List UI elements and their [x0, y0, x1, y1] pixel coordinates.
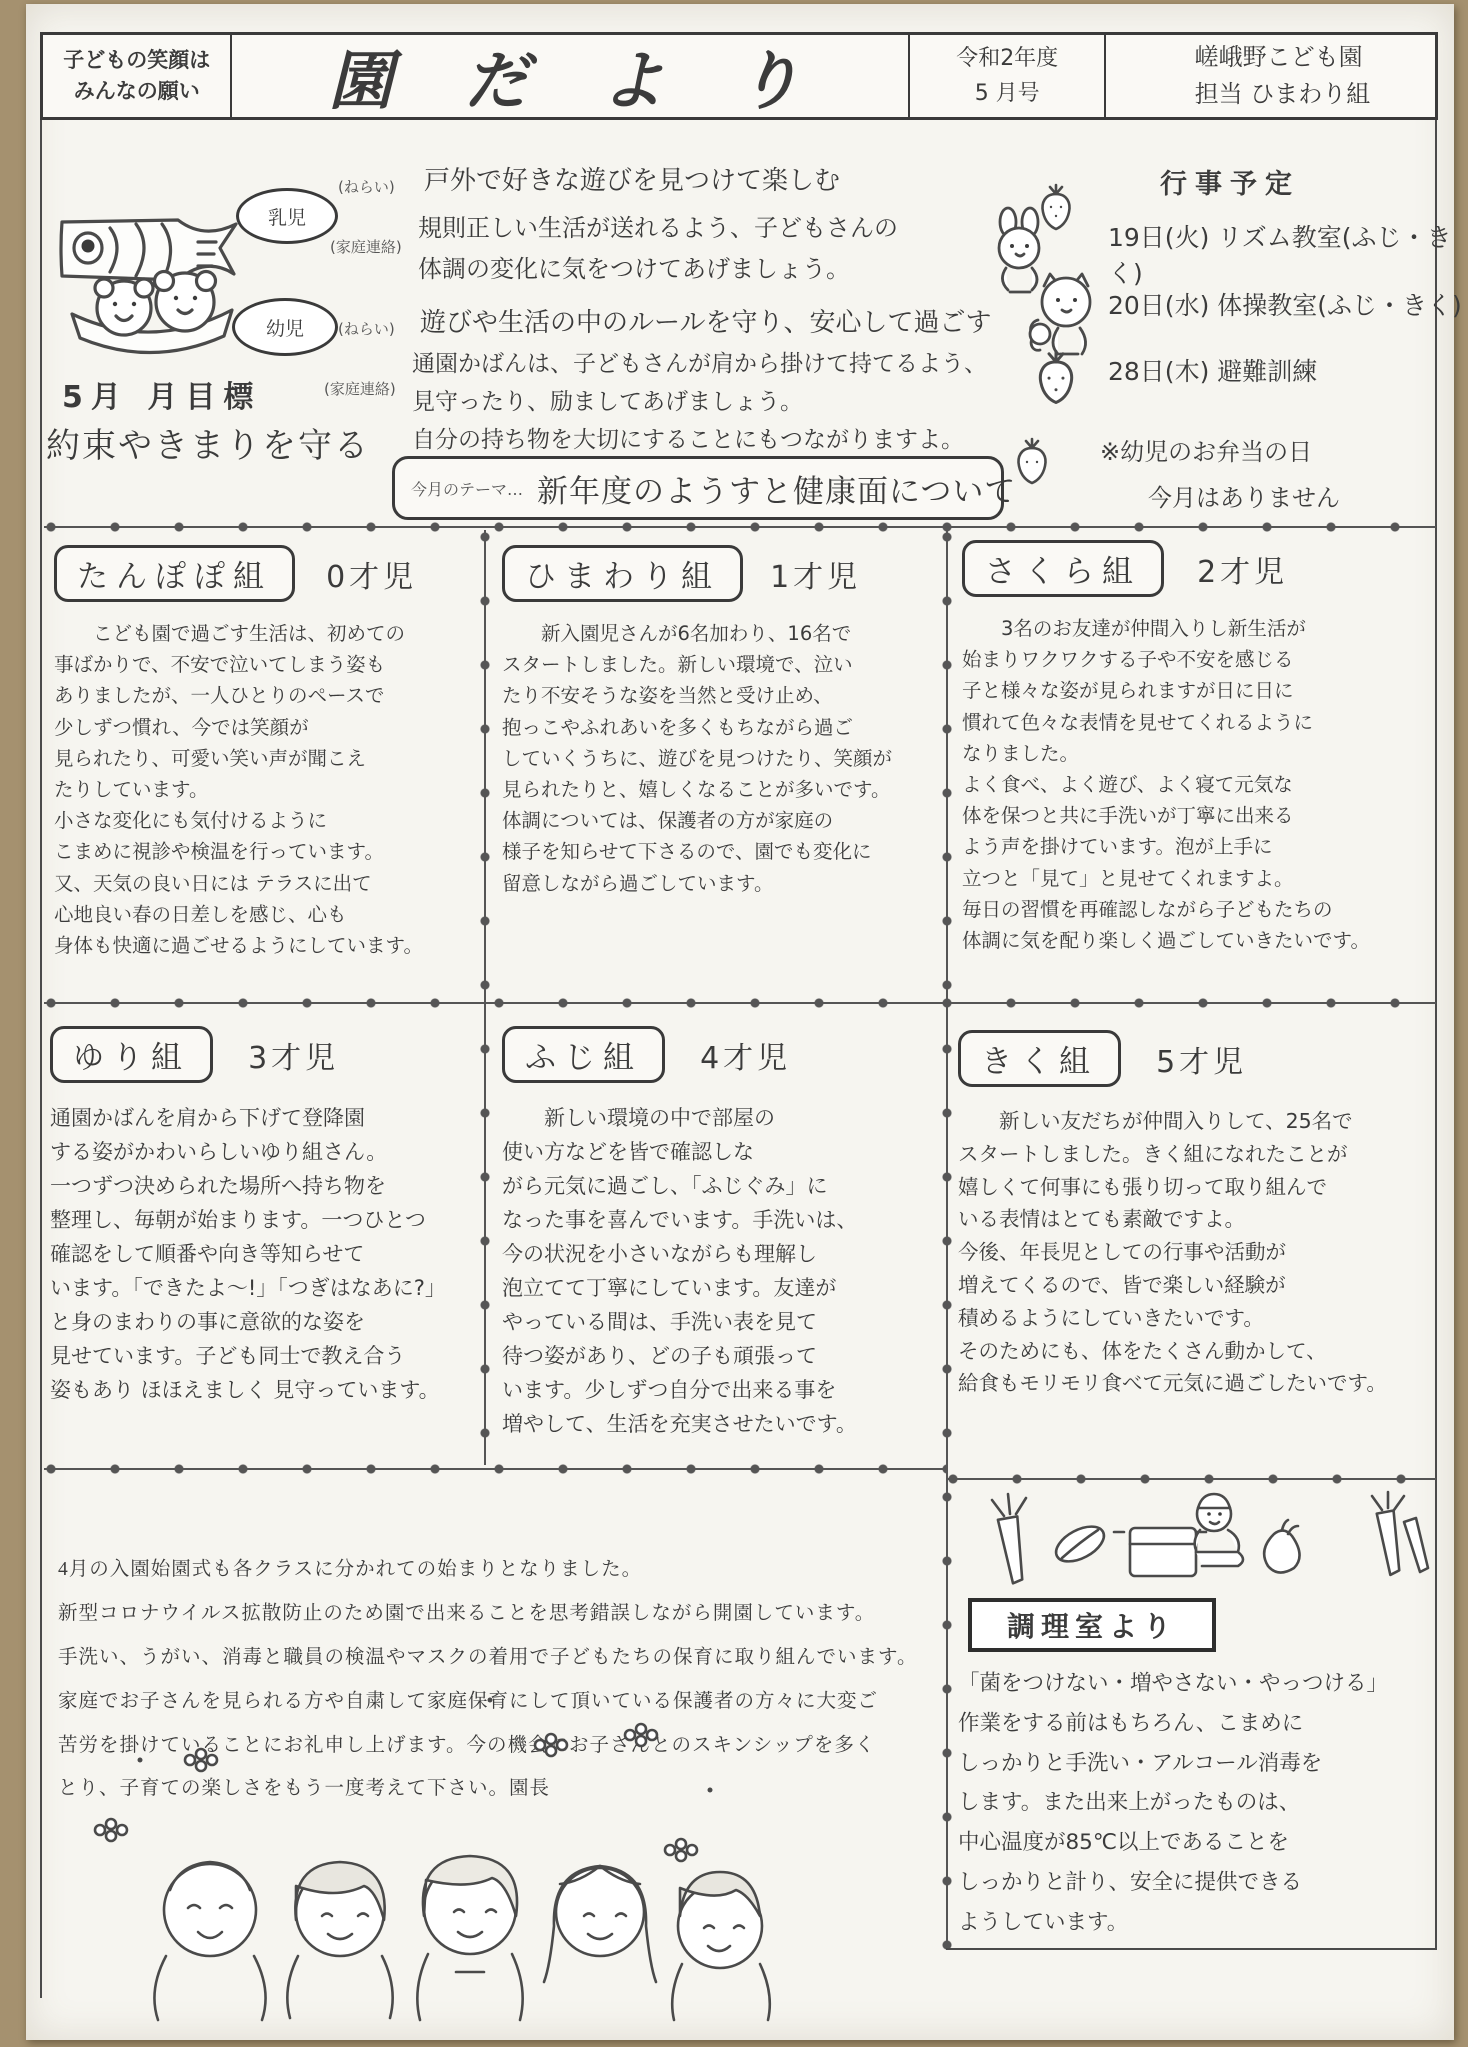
infant-home-label: (家庭連絡) — [330, 236, 402, 257]
class-name-box: きく組 — [958, 1030, 1121, 1087]
kitchen-bottom-rule — [946, 1948, 1437, 1950]
class-section-kiku: きく組 5才児 新しい友だちが仲間入りして、25名で スタートしました。きく組に… — [958, 1030, 1436, 1400]
class-section-yuri: ゆり組 3才児 通園かばんを肩から下げて登降園 する姿がかわいらしいゆり組さん。… — [50, 1026, 480, 1407]
event-item: 28日(木) 避難訓練 — [1108, 352, 1317, 388]
class-body: 通園かばんを肩から下げて登降園 する姿がかわいらしいゆり組さん。 一つずつ決めら… — [50, 1101, 480, 1407]
class-age: 5才児 — [1156, 1045, 1247, 1080]
infant-aim-text: 戸外で好きな遊びを見つけて楽しむ — [424, 160, 840, 197]
class-section-tanpopo: たんぽぽ組 0才児 こども園で過ごす生活は、初めての 事ばかりで、不安で泣いてし… — [54, 545, 469, 961]
flower-doodle — [185, 1749, 217, 1771]
strawberry-icon — [1012, 436, 1052, 486]
class-name-box: さくら組 — [962, 540, 1164, 597]
kitchen-title: 調理室より — [1007, 1605, 1177, 1645]
theme-label: 今月のテーマ… — [411, 477, 523, 500]
kitchen-body: 「菌をつけない・増やさない・やっつける」 作業をする前はもちろん、こまめに しっ… — [958, 1664, 1438, 1942]
divider-flower-chain — [44, 1462, 946, 1476]
toddler-home-text: 通園かばんは、子どもさんが肩から掛けて持てるよう、 見守ったり、励ましてあげまし… — [412, 346, 1012, 460]
flower-doodle — [625, 1724, 657, 1746]
class-name-box: ゆり組 — [50, 1026, 213, 1083]
class-name-box: たんぽぽ組 — [54, 545, 295, 602]
class-body: 新しい環境の中で部屋の 使い方などを皆で確認しな がら元気に過ごし、「ふじぐみ」… — [502, 1101, 942, 1441]
left-page-rule — [40, 120, 42, 1998]
toddler-badge: 幼児 — [232, 298, 338, 356]
class-body: 3名のお友達が仲間入りし新生活が 始まりワクワクする子や不安を感じる 子と様々な… — [962, 613, 1432, 956]
kitchen-title-box: 調理室より — [968, 1598, 1216, 1652]
class-section-fuji: ふじ組 4才児 新しい環境の中で部屋の 使い方などを皆で確認しな がら元気に過ご… — [502, 1026, 942, 1441]
toddler-aim-label: (ねらい) — [338, 318, 395, 339]
infant-aim-label: (ねらい) — [338, 176, 395, 197]
infant-badge: 乳児 — [236, 188, 338, 244]
divider-flower-chain — [44, 996, 1436, 1010]
class-age: 4才児 — [700, 1041, 791, 1076]
class-age: 0才児 — [326, 560, 417, 595]
teachers-faces-illustration — [70, 1640, 930, 2040]
monthly-goal-text: 約束やきまりを守る — [46, 418, 370, 467]
theme-text: 新年度のようすと健康面について — [537, 466, 1016, 511]
toddler-badge-label: 幼児 — [266, 314, 304, 341]
class-age: 3才児 — [248, 1041, 339, 1076]
koinobori-bears-illustration — [48, 196, 263, 376]
class-section-sakura: さくら組 2才児 3名のお友達が仲間入りし新生活が 始まりワクワクする子や不安を… — [962, 540, 1432, 956]
toddler-aim-text: 遊びや生活の中のルールを守り、安心して過ごす — [420, 302, 991, 339]
event-item: 19日(火) リズム教室(ふじ・きく) — [1108, 218, 1468, 290]
class-age: 2才児 — [1197, 555, 1288, 590]
infant-home-text: 規則正しい生活が送れるよう、子どもさんの 体調の変化に気をつけてあげましょう。 — [418, 208, 998, 290]
class-body: こども園で過ごす生活は、初めての 事ばかりで、不安で泣いてしまう姿も ありました… — [54, 618, 469, 961]
infant-badge-label: 乳児 — [268, 203, 306, 230]
events-note: ※幼児のお弁当の日 今月はありません — [1100, 430, 1340, 521]
masthead-slogan: 子どもの笑顔は みんなの願い — [43, 35, 232, 117]
class-section-himawari: ひまわり組 1才児 新入園児さんが6名加わり、16名で スタートしました。新しい… — [502, 545, 932, 899]
scanned-newsletter-page: { "masthead": { "slogan": "子どもの笑顔は\nみんなの… — [0, 0, 1468, 2047]
theme-box: 今月のテーマ… 新年度のようすと健康面について — [392, 456, 1004, 520]
class-name-box: ふじ組 — [502, 1026, 665, 1083]
class-body: 新しい友だちが仲間入りして、25名で スタートしました。きく組になれたことが 嬉… — [958, 1105, 1436, 1400]
masthead-issue: 令和2年度 5 月号 — [910, 35, 1105, 117]
class-body: 新入園児さんが6名加わり、16名で スタートしました。新しい環境で、泣い たり不… — [502, 618, 932, 899]
event-item: 20日(水) 体操教室(ふじ・きく) — [1108, 286, 1462, 322]
class-name-box: ひまわり組 — [502, 545, 743, 602]
masthead: 子どもの笑顔は みんなの願い 園だより 令和2年度 5 月号 嵯峨野こども園 担… — [40, 32, 1438, 120]
toddler-home-label: (家庭連絡) — [324, 378, 396, 399]
kitchen-cooking-illustration — [952, 1486, 1432, 1596]
divider-flower-chain — [940, 530, 954, 1950]
monthly-goal-label: 5月 月目標 — [62, 372, 261, 416]
divider-flower-chain — [478, 530, 492, 1465]
flower-doodle — [95, 1819, 127, 1841]
newsletter-title: 園だより — [232, 35, 910, 117]
cat-with-strawberry-icon — [1022, 268, 1112, 360]
flower-doodle — [665, 1839, 697, 1861]
strawberry-icon — [1032, 348, 1080, 406]
divider-flower-chain — [44, 520, 1436, 534]
flower-doodle — [535, 1734, 567, 1756]
events-title: 行事予定 — [1160, 162, 1300, 201]
masthead-organization: 嵯峨野こども園 担当 ひまわり組 — [1106, 35, 1435, 117]
divider-flower-chain — [946, 1472, 1436, 1486]
class-age: 1才児 — [770, 560, 861, 595]
